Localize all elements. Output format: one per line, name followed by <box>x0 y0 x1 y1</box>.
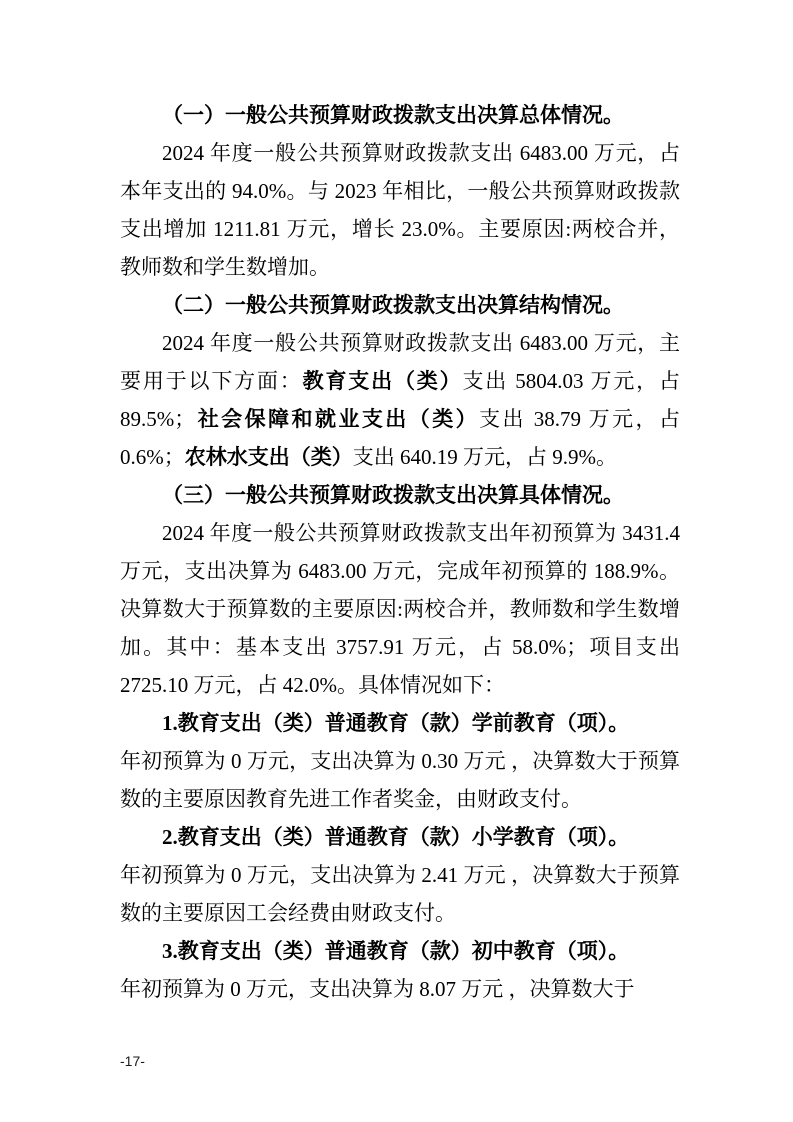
item-3-heading: 3.教育支出（类）普通教育（款）初中教育（项）。 <box>120 932 680 970</box>
document-page: （一）一般公共预算财政拨款支出决算总体情况。2024 年度一般公共预算财政拨款支… <box>0 0 793 1122</box>
text-run: 2.教育支出（类）普通教育（款）小学教育（项）。 <box>162 825 629 849</box>
item-1-paragraph: 年初预算为 0 万元，支出决算为 0.30 万元 ，决算数大于预算数的主要原因教… <box>120 742 680 818</box>
section-1-paragraph: 2024 年度一般公共预算财政拨款支出 6483.00 万元，占本年支出的 94… <box>120 134 680 286</box>
text-run: 3.教育支出（类）普通教育（款）初中教育（项）。 <box>162 939 629 963</box>
text-run: （二）一般公共预算财政拨款支出决算结构情况。 <box>162 293 624 317</box>
text-run: 1.教育支出（类）普通教育（款）学前教育（项）。 <box>162 711 629 735</box>
text-run: 支出 640.19 万元，占 9.9%。 <box>353 445 617 469</box>
text-run: 2024 年度一般公共预算财政拨款支出 6483.00 万元，占本年支出的 94… <box>120 141 680 279</box>
text-run: 农林水支出（类） <box>185 445 353 469</box>
item-3-paragraph: 年初预算为 0 万元，支出决算为 8.07 万元 ，决算数大于 <box>120 970 680 1008</box>
item-1-heading: 1.教育支出（类）普通教育（款）学前教育（项）。 <box>120 704 680 742</box>
text-run: 年初预算为 0 万元，支出决算为 8.07 万元 ，决算数大于 <box>120 977 635 1001</box>
page-number: -17- <box>120 1053 145 1069</box>
section-3-heading: （三）一般公共预算财政拨款支出决算具体情况。 <box>120 476 680 514</box>
section-1-heading: （一）一般公共预算财政拨款支出决算总体情况。 <box>120 96 680 134</box>
text-run: 年初预算为 0 万元，支出决算为 0.30 万元 ，决算数大于预算数的主要原因教… <box>120 749 680 811</box>
section-3-paragraph: 2024 年度一般公共预算财政拨款支出年初预算为 3431.4 万元，支出决算为… <box>120 514 680 704</box>
text-run: 社会保障和就业支出（类） <box>195 407 479 431</box>
item-2-paragraph: 年初预算为 0 万元，支出决算为 2.41 万元 ，决算数大于预算数的主要原因工… <box>120 856 680 932</box>
text-run: 2024 年度一般公共预算财政拨款支出年初预算为 3431.4 万元，支出决算为… <box>120 521 680 697</box>
text-run: （一）一般公共预算财政拨款支出决算总体情况。 <box>162 103 624 127</box>
text-run: 年初预算为 0 万元，支出决算为 2.41 万元 ，决算数大于预算数的主要原因工… <box>120 863 680 925</box>
text-run: 教育支出（类） <box>303 369 463 393</box>
section-2-paragraph: 2024 年度一般公共预算财政拨款支出 6483.00 万元，主要用于以下方面：… <box>120 324 680 476</box>
section-2-heading: （二）一般公共预算财政拨款支出决算结构情况。 <box>120 286 680 324</box>
item-2-heading: 2.教育支出（类）普通教育（款）小学教育（项）。 <box>120 818 680 856</box>
document-body: （一）一般公共预算财政拨款支出决算总体情况。2024 年度一般公共预算财政拨款支… <box>120 96 680 1008</box>
text-run: （三）一般公共预算财政拨款支出决算具体情况。 <box>162 483 624 507</box>
